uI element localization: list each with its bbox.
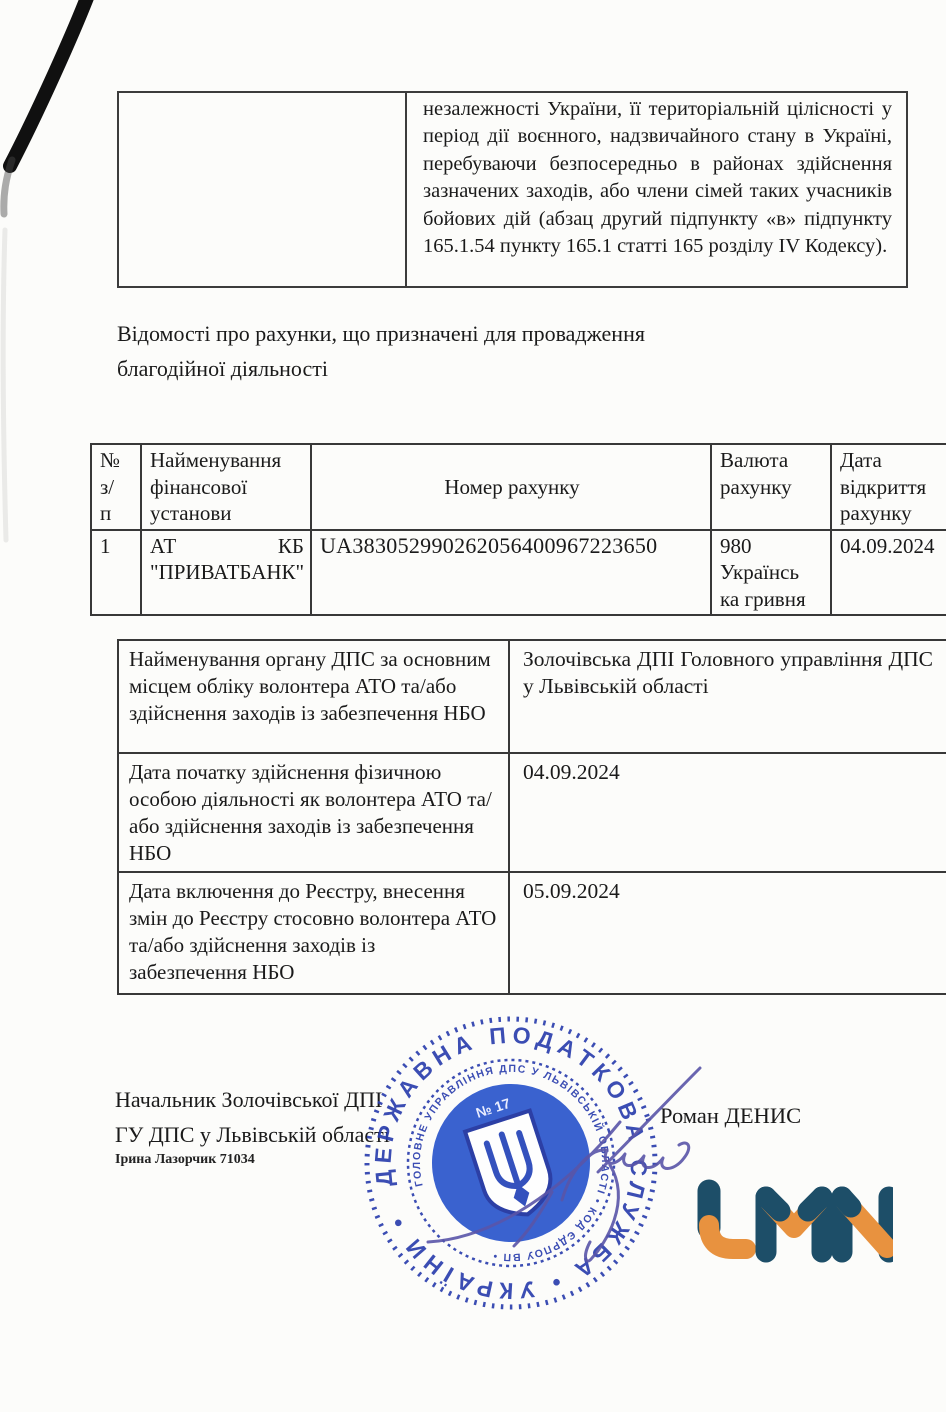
signatory-name: Роман ДЕНИС — [660, 1103, 801, 1129]
accounts-table-row: 1 АТ КБ "ПРИВАТБАНК" UA38305299026205640… — [91, 530, 946, 616]
stamp-inner-text: ГОЛОВНЕ УПРАВЛІННЯ ДПС У ЛЬВІВСЬКІЙ ОБЛА… — [385, 1037, 638, 1289]
legal-quote-empty-cell — [119, 93, 407, 286]
header-institution: Найменування фінансової установи — [141, 444, 311, 530]
bank-abbr-1: АТ — [150, 533, 176, 560]
clerk-reference: Ірина Лазорчик 71034 — [115, 1152, 255, 1168]
stamp-inner-edge — [381, 1033, 641, 1293]
stamp-number: № 17 — [474, 1095, 512, 1121]
dps-row3-value: 05.09.2024 — [509, 872, 946, 994]
scanned-document-page: незалежності України, її територіальній … — [0, 0, 946, 1412]
bank-name: "ПРИВАТБАНК" — [150, 559, 304, 586]
accounts-table: № з/ п Найменування фінансової установи … — [90, 443, 946, 616]
svg-text:ДЕРЖАВНА ПОДАТКОВА СЛУЖБА • УК: ДЕРЖАВНА ПОДАТКОВА СЛУЖБА • УКРАЇНИ • — [356, 1008, 666, 1318]
header-currency: Валюта рахунку — [711, 444, 831, 530]
handwritten-signature — [300, 1030, 720, 1290]
cell-num: 1 — [91, 530, 141, 616]
table-row: Найменування органу ДПС за основним місц… — [118, 640, 946, 753]
stamp-outer-edge — [356, 1008, 666, 1318]
dps-row2-label: Дата початку здійснення фізичною особою … — [118, 753, 509, 872]
dps-row2-value: 04.09.2024 — [509, 753, 946, 872]
table-row: Дата початку здійснення фізичною особою … — [118, 753, 946, 872]
dps-info-table: Найменування органу ДПС за основним місц… — [117, 639, 946, 995]
bank-abbr-2: КБ — [278, 533, 304, 560]
cell-institution: АТ КБ "ПРИВАТБАНК" — [141, 530, 311, 616]
stamp-outer-text: ДЕРЖАВНА ПОДАТКОВА СЛУЖБА • УКРАЇНИ • — [356, 1008, 666, 1318]
header-account-number: Номер рахунку — [311, 444, 711, 530]
lmn-logo — [688, 1178, 893, 1270]
lmn-logo-label: LMN — [0, 0, 1, 1]
dps-row1-label: Найменування органу ДПС за основним місц… — [118, 640, 509, 753]
header-open-date: Дата відкриття рахунку — [831, 444, 946, 530]
dps-row1-value: Золочівська ДПІ Головного управління ДПС… — [509, 640, 946, 753]
header-num: № з/ п — [91, 444, 141, 530]
trident-shield-icon — [465, 1111, 560, 1225]
accounts-section-heading: Відомості про рахунки, що призначені для… — [117, 316, 797, 386]
svg-text:ГОЛОВНЕ УПРАВЛІННЯ ДПС У ЛЬВІВ: ГОЛОВНЕ УПРАВЛІННЯ ДПС У ЛЬВІВСЬКІЙ ОБЛА… — [385, 1037, 638, 1289]
dps-row3-label: Дата включення до Реєстру, внесення змін… — [118, 872, 509, 994]
legal-quote-table: незалежності України, її територіальній … — [117, 91, 908, 288]
official-round-stamp: ДЕРЖАВНА ПОДАТКОВА СЛУЖБА • УКРАЇНИ • ГО… — [356, 1008, 666, 1318]
signatory-position: Начальник Золочівської ДПІ ГУ ДПС у Льві… — [115, 1082, 475, 1152]
table-row: Дата включення до Реєстру, внесення змін… — [118, 872, 946, 994]
cell-open-date: 04.09.2024 — [831, 530, 946, 616]
cell-currency: 980 Українсь ка гривня — [711, 530, 831, 616]
accounts-table-header-row: № з/ п Найменування фінансової установи … — [91, 444, 946, 530]
legal-quote-text: незалежності України, її територіальній … — [407, 93, 906, 286]
cell-iban: UA383052990262056400967223650 — [311, 530, 711, 616]
